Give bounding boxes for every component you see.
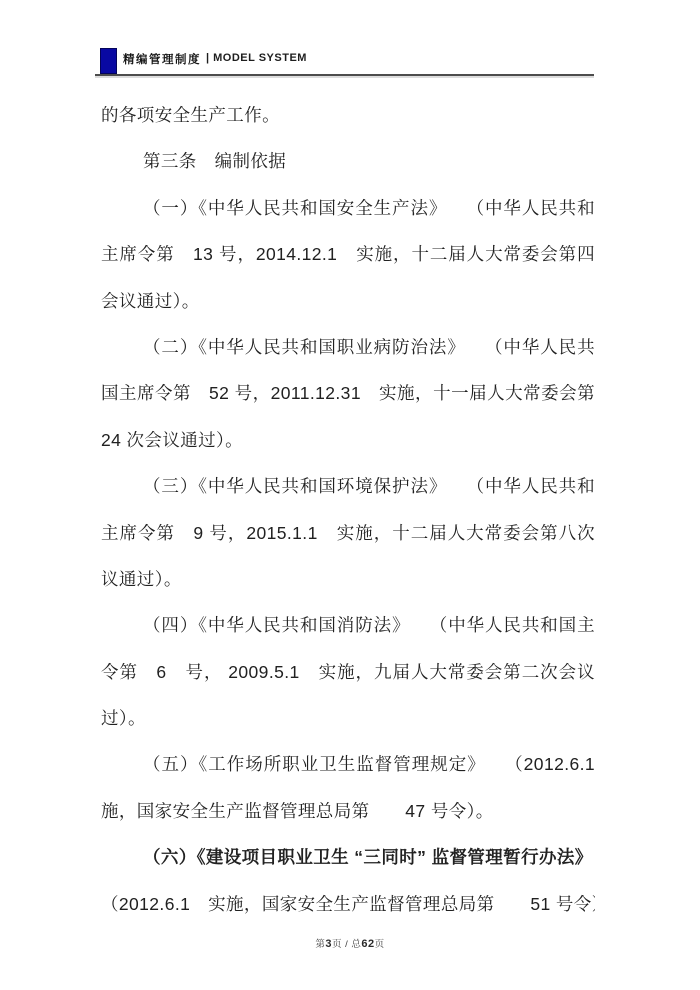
footer-page-number: 3 bbox=[325, 938, 332, 950]
document-body: 的各项安全生产工作。 第三条 编制依据 （一）《中华人民共和国安全生产法》 （中… bbox=[101, 92, 595, 927]
document-page: 精编管理制度 | MODEL SYSTEM 的各项安全生产工作。 第三条 编制依… bbox=[0, 0, 700, 990]
body-line: （2012.6.1 实施，国家安全生产监督管理总局第 51 号令）。 bbox=[101, 881, 595, 927]
body-line: 主席令第 9 号，2015.1.1 实施，十二届人大常委会第八次会 bbox=[101, 510, 595, 556]
body-line: 主席令第 13 号，2014.12.1 实施，十二届人大常委会第四次 bbox=[101, 231, 595, 277]
body-line: 国主席令第 52 号，2011.12.31 实施，十一届人大常委会第 bbox=[101, 370, 595, 416]
brand-logo-icon bbox=[100, 48, 117, 74]
body-line: （二）《中华人民共和国职业病防治法》 （中华人民共和 bbox=[101, 324, 595, 370]
body-line: 施，国家安全生产监督管理总局第 47 号令）。 bbox=[101, 788, 595, 834]
body-line: 议通过）。 bbox=[101, 556, 595, 602]
brand-tagline: | MODEL SYSTEM bbox=[206, 52, 307, 64]
body-line: 过）。 bbox=[101, 695, 595, 741]
body-line: 会议通过）。 bbox=[101, 278, 595, 324]
header-divider bbox=[95, 74, 594, 76]
brand-name: 精编管理制度 bbox=[123, 51, 201, 67]
body-line: （三）《中华人民共和国环境保护法》 （中华人民共和国 bbox=[101, 463, 595, 509]
body-line: （一）《中华人民共和国安全生产法》 （中华人民共和国 bbox=[101, 185, 595, 231]
body-line: 24 次会议通过）。 bbox=[101, 417, 595, 463]
page-footer: 第3页 / 总62页 bbox=[0, 936, 700, 950]
body-line: （五）《工作场所职业卫生监督管理规定》 （2012.6.1 实 bbox=[101, 741, 595, 787]
footer-total-pages: 62 bbox=[361, 938, 374, 950]
body-line: 令第 6 号， 2009.5.1 实施，九届人大常委会第二次会议通 bbox=[101, 649, 595, 695]
footer-text-suffix: 页 bbox=[375, 939, 385, 950]
body-line: （四）《中华人民共和国消防法》 （中华人民共和国主席 bbox=[101, 602, 595, 648]
body-line: （六）《建设项目职业卫生 “三同时” 监督管理暂行办法》 bbox=[101, 834, 595, 880]
footer-text-middle: 页 / 总 bbox=[332, 939, 361, 950]
section-heading: 第三条 编制依据 bbox=[101, 138, 595, 184]
footer-text-prefix: 第 bbox=[315, 939, 325, 950]
body-line: 的各项安全生产工作。 bbox=[101, 92, 595, 138]
